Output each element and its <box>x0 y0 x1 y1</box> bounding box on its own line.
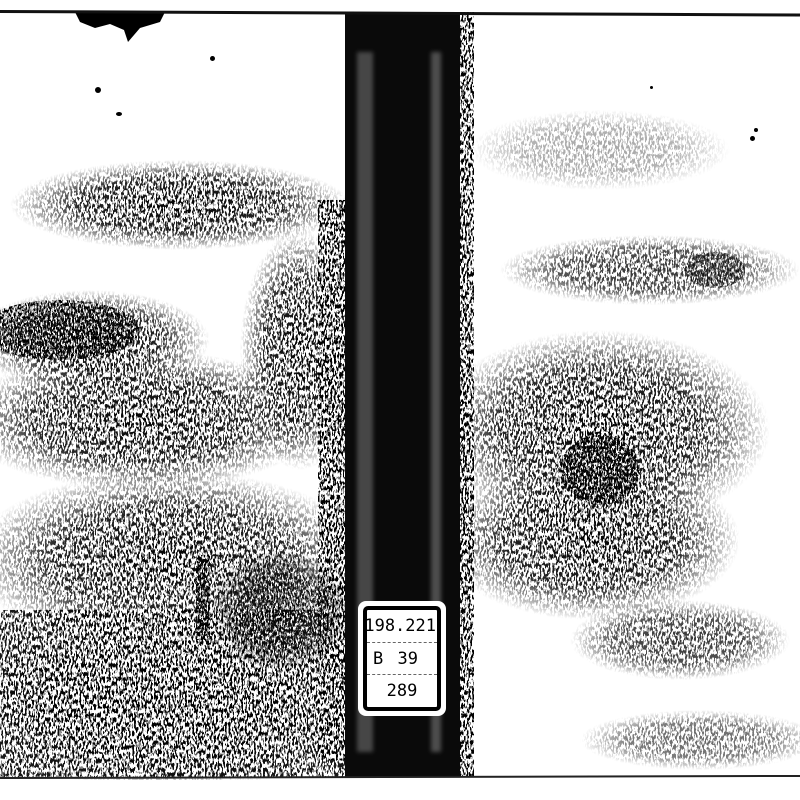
library-call-number-label: 198.221 B 39 289 <box>358 601 446 716</box>
ink-speck <box>210 56 215 61</box>
call-number-class: 198.221 <box>367 610 437 643</box>
scan-background <box>0 780 800 800</box>
ink-speck <box>754 128 758 132</box>
ink-speck <box>750 136 755 141</box>
ink-speck <box>95 87 101 93</box>
call-number-item: 289 <box>367 675 437 707</box>
call-number-cutter: B 39 <box>367 643 437 676</box>
ink-speck <box>650 86 653 89</box>
book-binding-scan: 198.221 B 39 289 <box>0 0 800 800</box>
ink-speck <box>116 112 122 116</box>
